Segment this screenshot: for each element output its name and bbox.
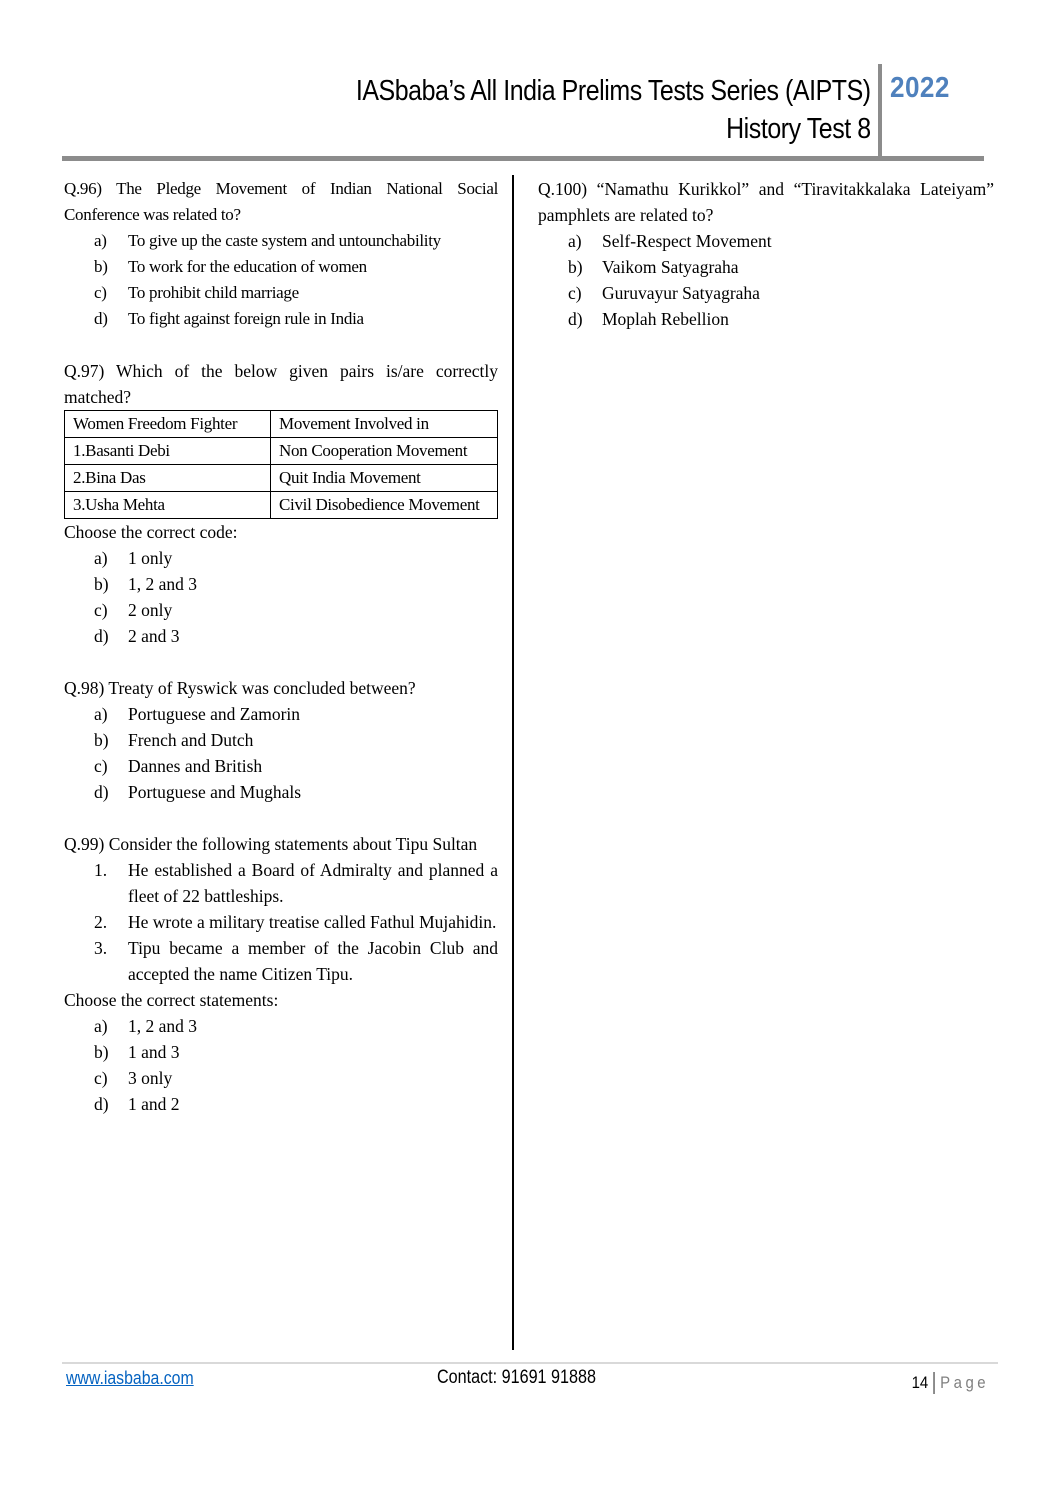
option-c: c)2 only bbox=[64, 597, 498, 623]
options-list: a)1, 2 and 3 b)1 and 3 c)3 only d)1 and … bbox=[64, 1013, 498, 1117]
table-cell: Non Cooperation Movement bbox=[271, 438, 498, 465]
question-98: Q.98) Treaty of Ryswick was concluded be… bbox=[64, 675, 498, 805]
question-96: Q.96) The Pledge Movement of Indian Nati… bbox=[64, 176, 498, 332]
table-cell: 3.Usha Mehta bbox=[65, 492, 271, 519]
question-prompt: Choose the correct statements: bbox=[64, 987, 498, 1013]
question-99: Q.99) Consider the following statements … bbox=[64, 831, 498, 1117]
contact-number: Contact: 91691 91888 bbox=[437, 1367, 596, 1389]
options-list: a)Self-Respect Movement b)Vaikom Satyagr… bbox=[538, 228, 994, 332]
option-b: b)1 and 3 bbox=[64, 1039, 498, 1065]
column-divider bbox=[512, 175, 514, 1350]
option-d: d)To fight against foreign rule in India bbox=[64, 306, 498, 332]
question-stem: Q.97) Which of the below given pairs is/… bbox=[64, 358, 498, 410]
statement-2: 2.He wrote a military treatise called Fa… bbox=[64, 909, 498, 935]
right-column: Q.100) “Namathu Kurikkol” and “Tiravitak… bbox=[538, 176, 994, 358]
option-d: d)2 and 3 bbox=[64, 623, 498, 649]
table-header-row: Women Freedom Fighter Movement Involved … bbox=[65, 411, 498, 438]
table-row: 3.Usha Mehta Civil Disobedience Movement bbox=[65, 492, 498, 519]
question-100: Q.100) “Namathu Kurikkol” and “Tiravitak… bbox=[538, 176, 994, 332]
option-c: c)Guruvayur Satyagraha bbox=[538, 280, 994, 306]
question-stem: Q.99) Consider the following statements … bbox=[64, 831, 498, 857]
document-title: IASbaba’s All India Prelims Tests Series… bbox=[356, 72, 871, 148]
series-title: IASbaba’s All India Prelims Tests Series… bbox=[356, 72, 871, 110]
options-list: a)To give up the caste system and untoun… bbox=[64, 228, 498, 332]
table-header-cell: Women Freedom Fighter bbox=[65, 411, 271, 438]
pairs-table: Women Freedom Fighter Movement Involved … bbox=[64, 410, 498, 519]
option-a: a)Self-Respect Movement bbox=[538, 228, 994, 254]
option-b: b)To work for the education of women bbox=[64, 254, 498, 280]
option-d: d)Portuguese and Mughals bbox=[64, 779, 498, 805]
options-list: a)1 only b)1, 2 and 3 c)2 only d)2 and 3 bbox=[64, 545, 498, 649]
page-separator bbox=[933, 1372, 934, 1394]
footer-divider bbox=[62, 1362, 998, 1364]
options-list: a)Portuguese and Zamorin b)French and Du… bbox=[64, 701, 498, 805]
table-header-cell: Movement Involved in bbox=[271, 411, 498, 438]
left-column: Q.96) The Pledge Movement of Indian Nati… bbox=[64, 176, 498, 1143]
table-cell: Quit India Movement bbox=[271, 465, 498, 492]
option-d: d)1 and 2 bbox=[64, 1091, 498, 1117]
question-stem: Q.98) Treaty of Ryswick was concluded be… bbox=[64, 675, 498, 701]
website-link[interactable]: www.iasbaba.com bbox=[66, 1368, 194, 1389]
table-cell: 2.Bina Das bbox=[65, 465, 271, 492]
year-label: 2022 bbox=[890, 72, 950, 105]
question-prompt: Choose the correct code: bbox=[64, 519, 498, 545]
table-cell: 1.Basanti Debi bbox=[65, 438, 271, 465]
option-c: c)3 only bbox=[64, 1065, 498, 1091]
option-c: c)To prohibit child marriage bbox=[64, 280, 498, 306]
header-divider-horizontal bbox=[62, 156, 984, 161]
page-number-value: 14 bbox=[911, 1373, 928, 1393]
option-a: a)1 only bbox=[64, 545, 498, 571]
statement-3: 3.Tipu became a member of the Jacobin Cl… bbox=[64, 935, 498, 987]
question-stem: Q.96) The Pledge Movement of Indian Nati… bbox=[64, 176, 498, 202]
question-97: Q.97) Which of the below given pairs is/… bbox=[64, 358, 498, 649]
page-number: 14 Page bbox=[911, 1372, 989, 1394]
question-stem-cont: Conference was related to? bbox=[64, 202, 498, 228]
question-stem: Q.100) “Namathu Kurikkol” and “Tiravitak… bbox=[538, 176, 994, 228]
table-row: 2.Bina Das Quit India Movement bbox=[65, 465, 498, 492]
statements-list: 1.He established a Board of Admiralty an… bbox=[64, 857, 498, 987]
page-label: Page bbox=[940, 1373, 989, 1393]
option-d: d)Moplah Rebellion bbox=[538, 306, 994, 332]
option-c: c)Dannes and British bbox=[64, 753, 498, 779]
table-row: 1.Basanti Debi Non Cooperation Movement bbox=[65, 438, 498, 465]
statement-1: 1.He established a Board of Admiralty an… bbox=[64, 857, 498, 909]
option-a: a)1, 2 and 3 bbox=[64, 1013, 498, 1039]
option-b: b)1, 2 and 3 bbox=[64, 571, 498, 597]
table-cell: Civil Disobedience Movement bbox=[271, 492, 498, 519]
option-b: b)French and Dutch bbox=[64, 727, 498, 753]
test-title: History Test 8 bbox=[356, 110, 871, 148]
header-divider-vertical bbox=[878, 64, 882, 160]
option-b: b)Vaikom Satyagraha bbox=[538, 254, 994, 280]
option-a: a)To give up the caste system and untoun… bbox=[64, 228, 498, 254]
option-a: a)Portuguese and Zamorin bbox=[64, 701, 498, 727]
